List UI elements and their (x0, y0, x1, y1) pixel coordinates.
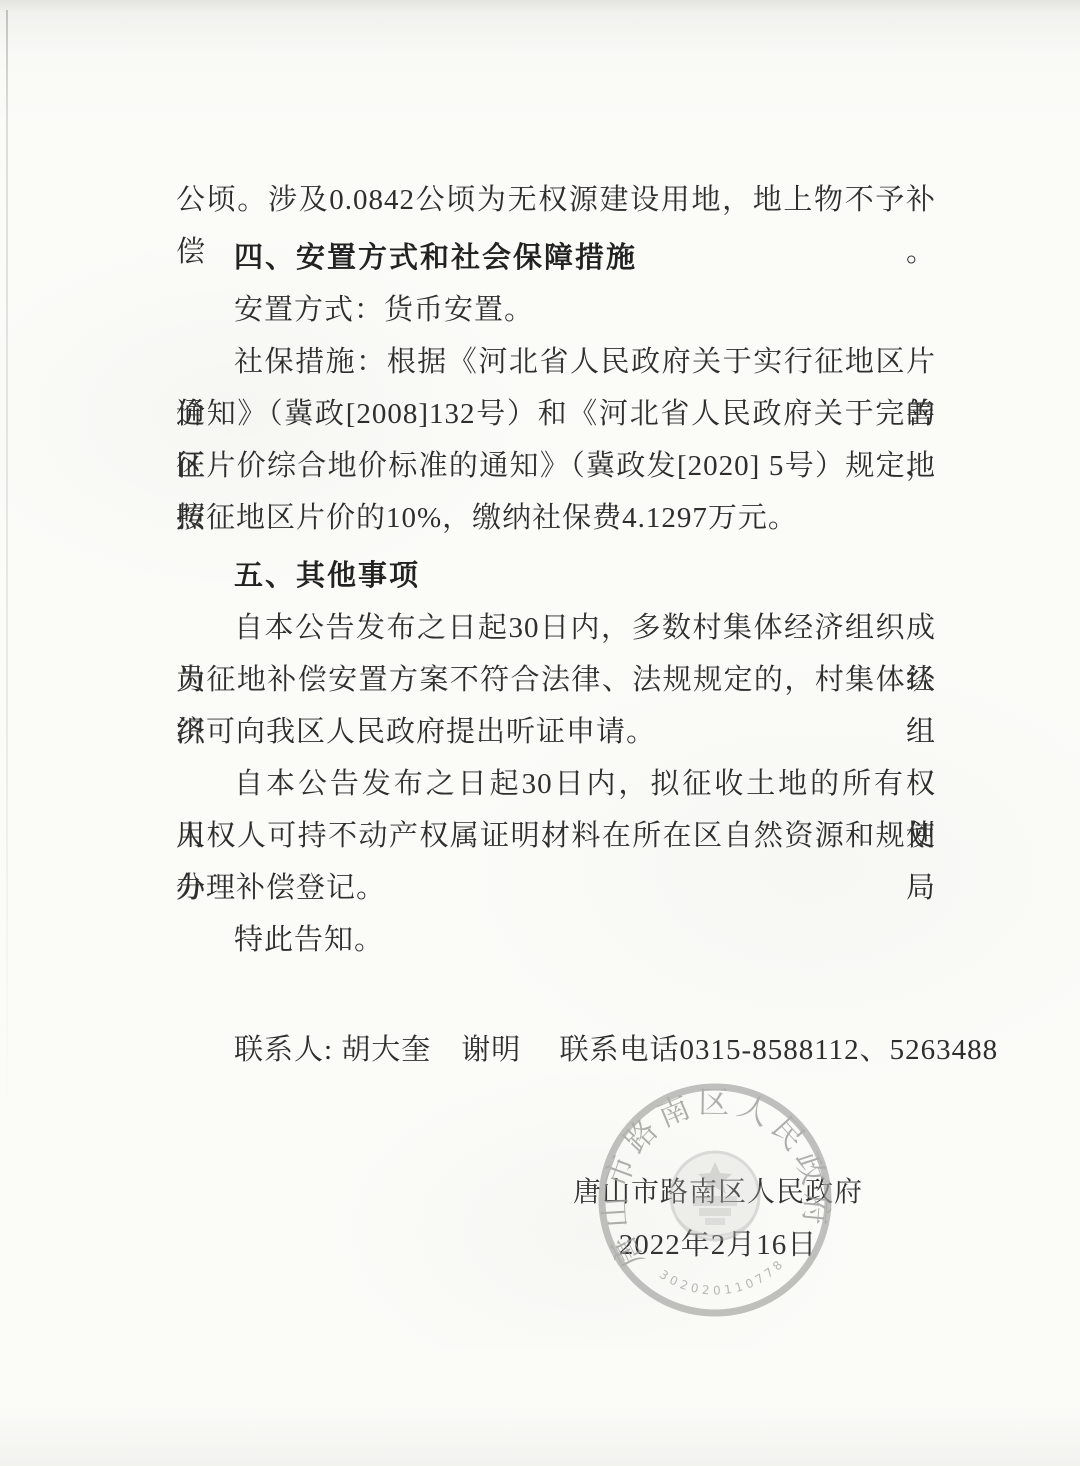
scanned-document-page: { "page": { "background": "#fbfbf8" }, "… (0, 0, 1080, 1466)
signature-block: 唐山市路南区人民政府 2022年2月16日 (568, 1168, 868, 1270)
document-body: 公顷。涉及0.0842公顷为无权源建设用地，地上物不予补偿。 四、安置方式和社会… (176, 174, 936, 1076)
document-line: 公顷。涉及0.0842公顷为无权源建设用地，地上物不予补偿。 (176, 174, 936, 226)
document-line: 照征地区片价的10%，缴纳社保费4.1297万元。 (176, 492, 936, 544)
contact-line: 联系人: 胡大奎 谢明 联系电话0315-8588112、5263488 (176, 1024, 936, 1076)
document-line: 安置方式：货币安置。 (176, 284, 936, 336)
document-line: 自本公告发布之日起30日内，多数村集体经济组织成员认 (176, 602, 936, 654)
document-line: 用权人可持不动产权属证明材料在所在区自然资源和规划分局 (176, 810, 936, 862)
document-line: 社保措施：根据《河北省人民政府关于实行征地区片价的 (176, 336, 936, 388)
scan-edge-shading-top (0, 0, 1080, 130)
document-line: 为征地补偿安置方案不符合法律、法规规定的，村集体经济组 (176, 654, 936, 706)
issuing-authority: 唐山市路南区人民政府 (568, 1168, 868, 1218)
document-line: 自本公告发布之日起30日内，拟征收土地的所有权人、使 (176, 758, 936, 810)
section-heading-5: 五、其他事项 (176, 550, 936, 602)
document-line: 通知》（冀政[2008]132号）和《河北省人民政府关于完善征地 (176, 388, 936, 440)
document-line: 特此告知。 (176, 914, 936, 966)
scan-edge-line-left (6, 10, 8, 1110)
scan-edge-shading-bottom (0, 1406, 1080, 1466)
issue-date: 2022年2月16日 (568, 1220, 868, 1270)
document-line: 区片价综合地价标准的通知》（冀政发[2020] 5号）规定，按 (176, 440, 936, 492)
